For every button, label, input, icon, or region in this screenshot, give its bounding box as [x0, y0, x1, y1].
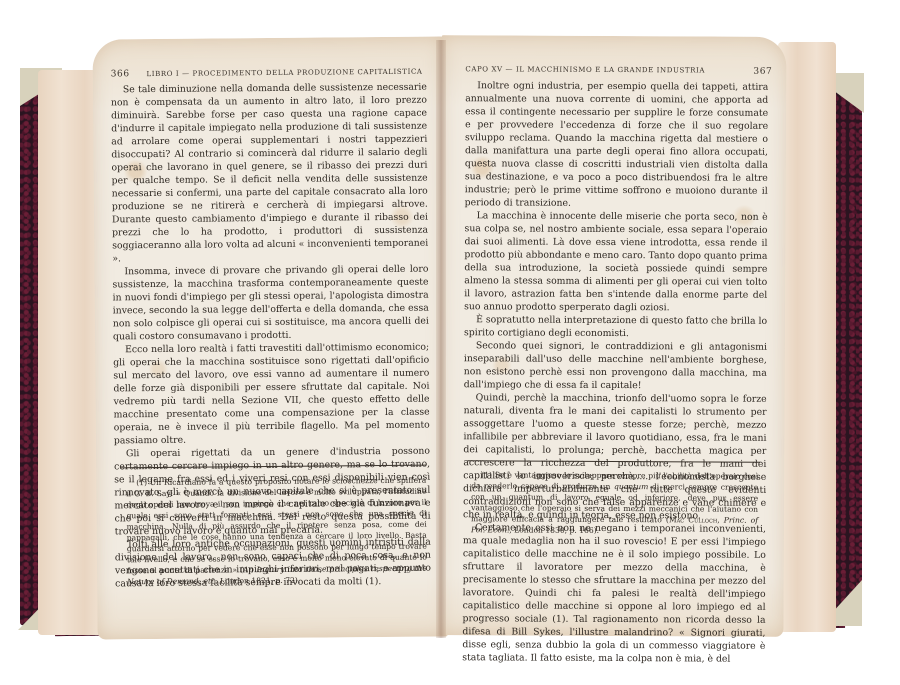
paragraph: Ecco nella loro realtà i fatti travestit… — [113, 341, 430, 448]
left-page: 366 LIBRO I — PROCEDIMENTO DELLA PRODUZI… — [92, 36, 447, 639]
footnote-author: Mac Culloch — [669, 515, 717, 524]
left-running-head: 366 LIBRO I — PROCEDIMENTO DELLA PRODUZI… — [111, 67, 433, 80]
page-number: 367 — [753, 67, 772, 77]
footnote-italic-word: quantum — [614, 482, 648, 491]
paragraph: Certamente essi non ne negano i temporan… — [462, 521, 766, 666]
book-gutter — [436, 40, 446, 638]
paragraph: Insomma, invece di provare che privando … — [112, 263, 429, 344]
right-footnote: (1) Se è vantaggioso lo sviluppare sempr… — [471, 469, 758, 537]
paragraph: Se tale diminuzione nella domanda delle … — [111, 81, 429, 266]
book-photo: 366 LIBRO I — PROCEDIMENTO DELLA PRODUZI… — [0, 0, 900, 685]
paragraph: È sopratutto nella interpretazione di qu… — [464, 313, 767, 341]
paragraph: Inoltre ogni industria, per esempio quel… — [465, 79, 769, 211]
right-body-text: Inoltre ogni industria, per esempio quel… — [462, 79, 768, 666]
right-page: 367 CAPO XV — IL MACCHINISMO E LA GRANDE… — [438, 35, 786, 637]
footnote-text: (1) Un Ricardiano fa a questo proposito … — [126, 476, 427, 576]
right-running-head: 367 CAPO XV — IL MACCHINISMO E LA GRANDE… — [465, 65, 772, 77]
left-footnote: (1) Un Ricardiano fa a questo proposito … — [126, 475, 427, 588]
page-block-right-edge — [778, 42, 836, 632]
footnote-tail: , London 1830, p. 166). — [509, 525, 599, 534]
paragraph: Secondo quei signori, le contraddizioni … — [464, 339, 767, 393]
running-head-title: LIBRO I — PROCEDIMENTO DELLA PRODUZIONE … — [146, 68, 422, 78]
page-number: 366 — [111, 69, 130, 79]
paragraph: La macchina è innocente delle miserie ch… — [464, 209, 768, 315]
footnote-tail: London 1821, p. 72). — [218, 576, 301, 586]
running-head-title: CAPO XV — IL MACCHINISMO E LA GRANDE IND… — [465, 65, 705, 74]
